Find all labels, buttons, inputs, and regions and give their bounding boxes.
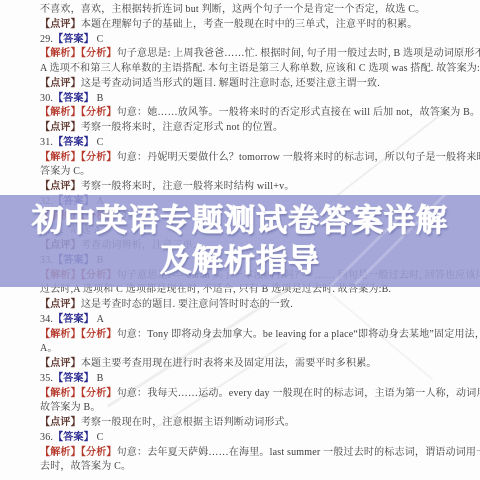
body-text: C <box>94 137 104 148</box>
watermark-banner: 初中英语专题测试卷答案详解 及解析指导 <box>0 195 480 287</box>
doc-line: 【解析】【分析】句子意思是: 上周我爸爸……忙. 根据时间, 句子用一般过去时,… <box>40 47 466 62</box>
body-text: 本题主要考查用现在进行时表将来及固定用法，需要平时多积累。 <box>81 358 377 369</box>
body-text: 34. <box>40 314 53 325</box>
body-text: 31. <box>40 137 53 148</box>
doc-line: 34.【答案】 A <box>40 313 466 328</box>
doc-line: 【解析】【分析】句意：我每天……运动。every day 一般现在时的标志词，主… <box>40 387 466 402</box>
body-text: 不喜欢，喜欢，主根据转折连词 but 判断，这两个句子一个是肯定一个否定，故选 … <box>40 4 425 15</box>
doc-line: 【点评】这是考查动词适当形式的题目. 解题时注意时态, 还要注意主谓一致. <box>40 77 466 92</box>
answer-tag: 【答案】 <box>53 373 94 384</box>
answer-tag: 【答案】 <box>53 137 94 148</box>
body-text: 答案为 C。 <box>40 166 90 177</box>
body-text: A <box>94 314 104 325</box>
body-text: C <box>94 432 104 443</box>
body-text: 句意：我每天……运动。every day 一般现在时的标志词，主语为第一人称，动… <box>117 388 480 399</box>
doc-line: 【解析】【分析】句意：她……放风筝。一般将来时的否定形式直接在 will 后加 … <box>40 106 466 121</box>
document-page: 不喜欢，喜欢，主根据转折连词 but 判断，这两个句子一个是肯定一个否定，故选 … <box>0 0 480 480</box>
doc-line: 【点评】本题在理解句子的基础上，考查一般现在时中的三单式，注意平时的积累。 <box>40 18 466 33</box>
body-text: 故答案为 B。 <box>40 402 101 413</box>
answer-tag: 【答案】 <box>53 432 94 443</box>
doc-line: 去时，故答案为 C。 <box>40 460 466 475</box>
doc-line: 29.【答案】 C <box>40 33 466 48</box>
body-text: 考察一般将来时，注意否定形式 not 的位置。 <box>81 122 283 133</box>
body-text: C <box>94 34 104 45</box>
doc-line: 36.【答案】 C <box>40 431 466 446</box>
doc-line: 故答案为 B。 <box>40 401 466 416</box>
comment-tag: 【点评】 <box>40 358 81 369</box>
doc-line: 35.【答案】 B <box>40 372 466 387</box>
body-text: A 选项不和第三人称单数的主语搭配. 本句主语是第三人称单数, 应该和 C 选项… <box>40 63 480 74</box>
banner-title-line2: 及解析指导 <box>160 241 320 281</box>
banner-title-line1: 初中英语专题测试卷答案详解 <box>32 201 448 241</box>
body-text: 36. <box>40 432 53 443</box>
analysis-tag: 【解析】【分析】 <box>40 388 117 399</box>
doc-line: 【点评】考察一般将来时，注意否定形式 not 的位置。 <box>40 121 466 136</box>
body-text: 句意：她……放风筝。一般将来时的否定形式直接在 will 后加 not，故答案为… <box>117 107 480 118</box>
answer-tag: 【答案】 <box>53 34 94 45</box>
body-text: 考察一般现在时，注意根据主语判断动词形式。 <box>81 417 295 428</box>
body-text: 句意：去年夏天萨姆……在海里。last summer 一般过去时的标志词，谓语动… <box>117 447 480 458</box>
analysis-tag: 【解析】【分析】 <box>40 107 117 118</box>
body-text: 35. <box>40 373 53 384</box>
body-text: 去时，故答案为 C。 <box>40 461 131 472</box>
body-text: 29. <box>40 34 53 45</box>
doc-line: 【点评】考察一般现在时，注意根据主语判断动词形式。 <box>40 416 466 431</box>
comment-tag: 【点评】 <box>40 19 81 30</box>
body-text: 句子意思是: 上周我爸爸……忙. 根据时间, 句子用一般过去时, B 选项是动词… <box>117 48 480 59</box>
doc-line: 不喜欢，喜欢，主根据转折连词 but 判断，这两个句子一个是肯定一个否定，故选 … <box>40 3 466 18</box>
doc-line: 30.【答案】 B <box>40 92 466 107</box>
doc-line: 答案为 C。 <box>40 165 466 180</box>
analysis-tag: 【解析】【分析】 <box>40 48 117 59</box>
comment-tag: 【点评】 <box>40 417 81 428</box>
body-text: 30. <box>40 93 53 104</box>
body-text: B <box>94 373 104 384</box>
body-text: 句意：Tony 即将动身去加拿大。be leaving for a place“… <box>117 329 480 340</box>
body-text: B <box>94 93 104 104</box>
body-text: 本题在理解句子的基础上，考查一般现在时中的三单式，注意平时的积累。 <box>81 19 418 30</box>
doc-line: 【解析】【分析】句意：去年夏天萨姆……在海里。last summer 一般过去时… <box>40 446 466 461</box>
answer-tag: 【答案】 <box>53 93 94 104</box>
analysis-tag: 【解析】【分析】 <box>40 152 117 163</box>
body-text: 这是考查动词适当形式的题目. 解题时注意时态, 还要注意主谓一致. <box>81 78 380 89</box>
comment-tag: 【点评】 <box>40 122 81 133</box>
comment-tag: 【点评】 <box>40 299 81 310</box>
doc-line: 【解析】【分析】句意：Tony 即将动身去加拿大。be leaving for … <box>40 328 466 343</box>
body-text: A。 <box>40 343 58 354</box>
body-text: 考察一般将来时，注意一般将来时结构 will+v。 <box>81 181 295 192</box>
body-text: 句意：丹妮明天要做什么？tomorrow 一般将来时的标志词，所以句子是一般将来… <box>117 152 480 163</box>
analysis-tag: 【解析】【分析】 <box>40 447 117 458</box>
answer-tag: 【答案】 <box>53 314 94 325</box>
comment-tag: 【点评】 <box>40 181 81 192</box>
comment-tag: 【点评】 <box>40 78 81 89</box>
doc-line: 【点评】考察一般将来时，注意一般将来时结构 will+v。 <box>40 180 466 195</box>
doc-line: A 选项不和第三人称单数的主语搭配. 本句主语是第三人称单数, 应该和 C 选项… <box>40 62 466 77</box>
doc-line: 【解析】【分析】句意：丹妮明天要做什么？tomorrow 一般将来时的标志词，所… <box>40 151 466 166</box>
analysis-tag: 【解析】【分析】 <box>40 329 117 340</box>
